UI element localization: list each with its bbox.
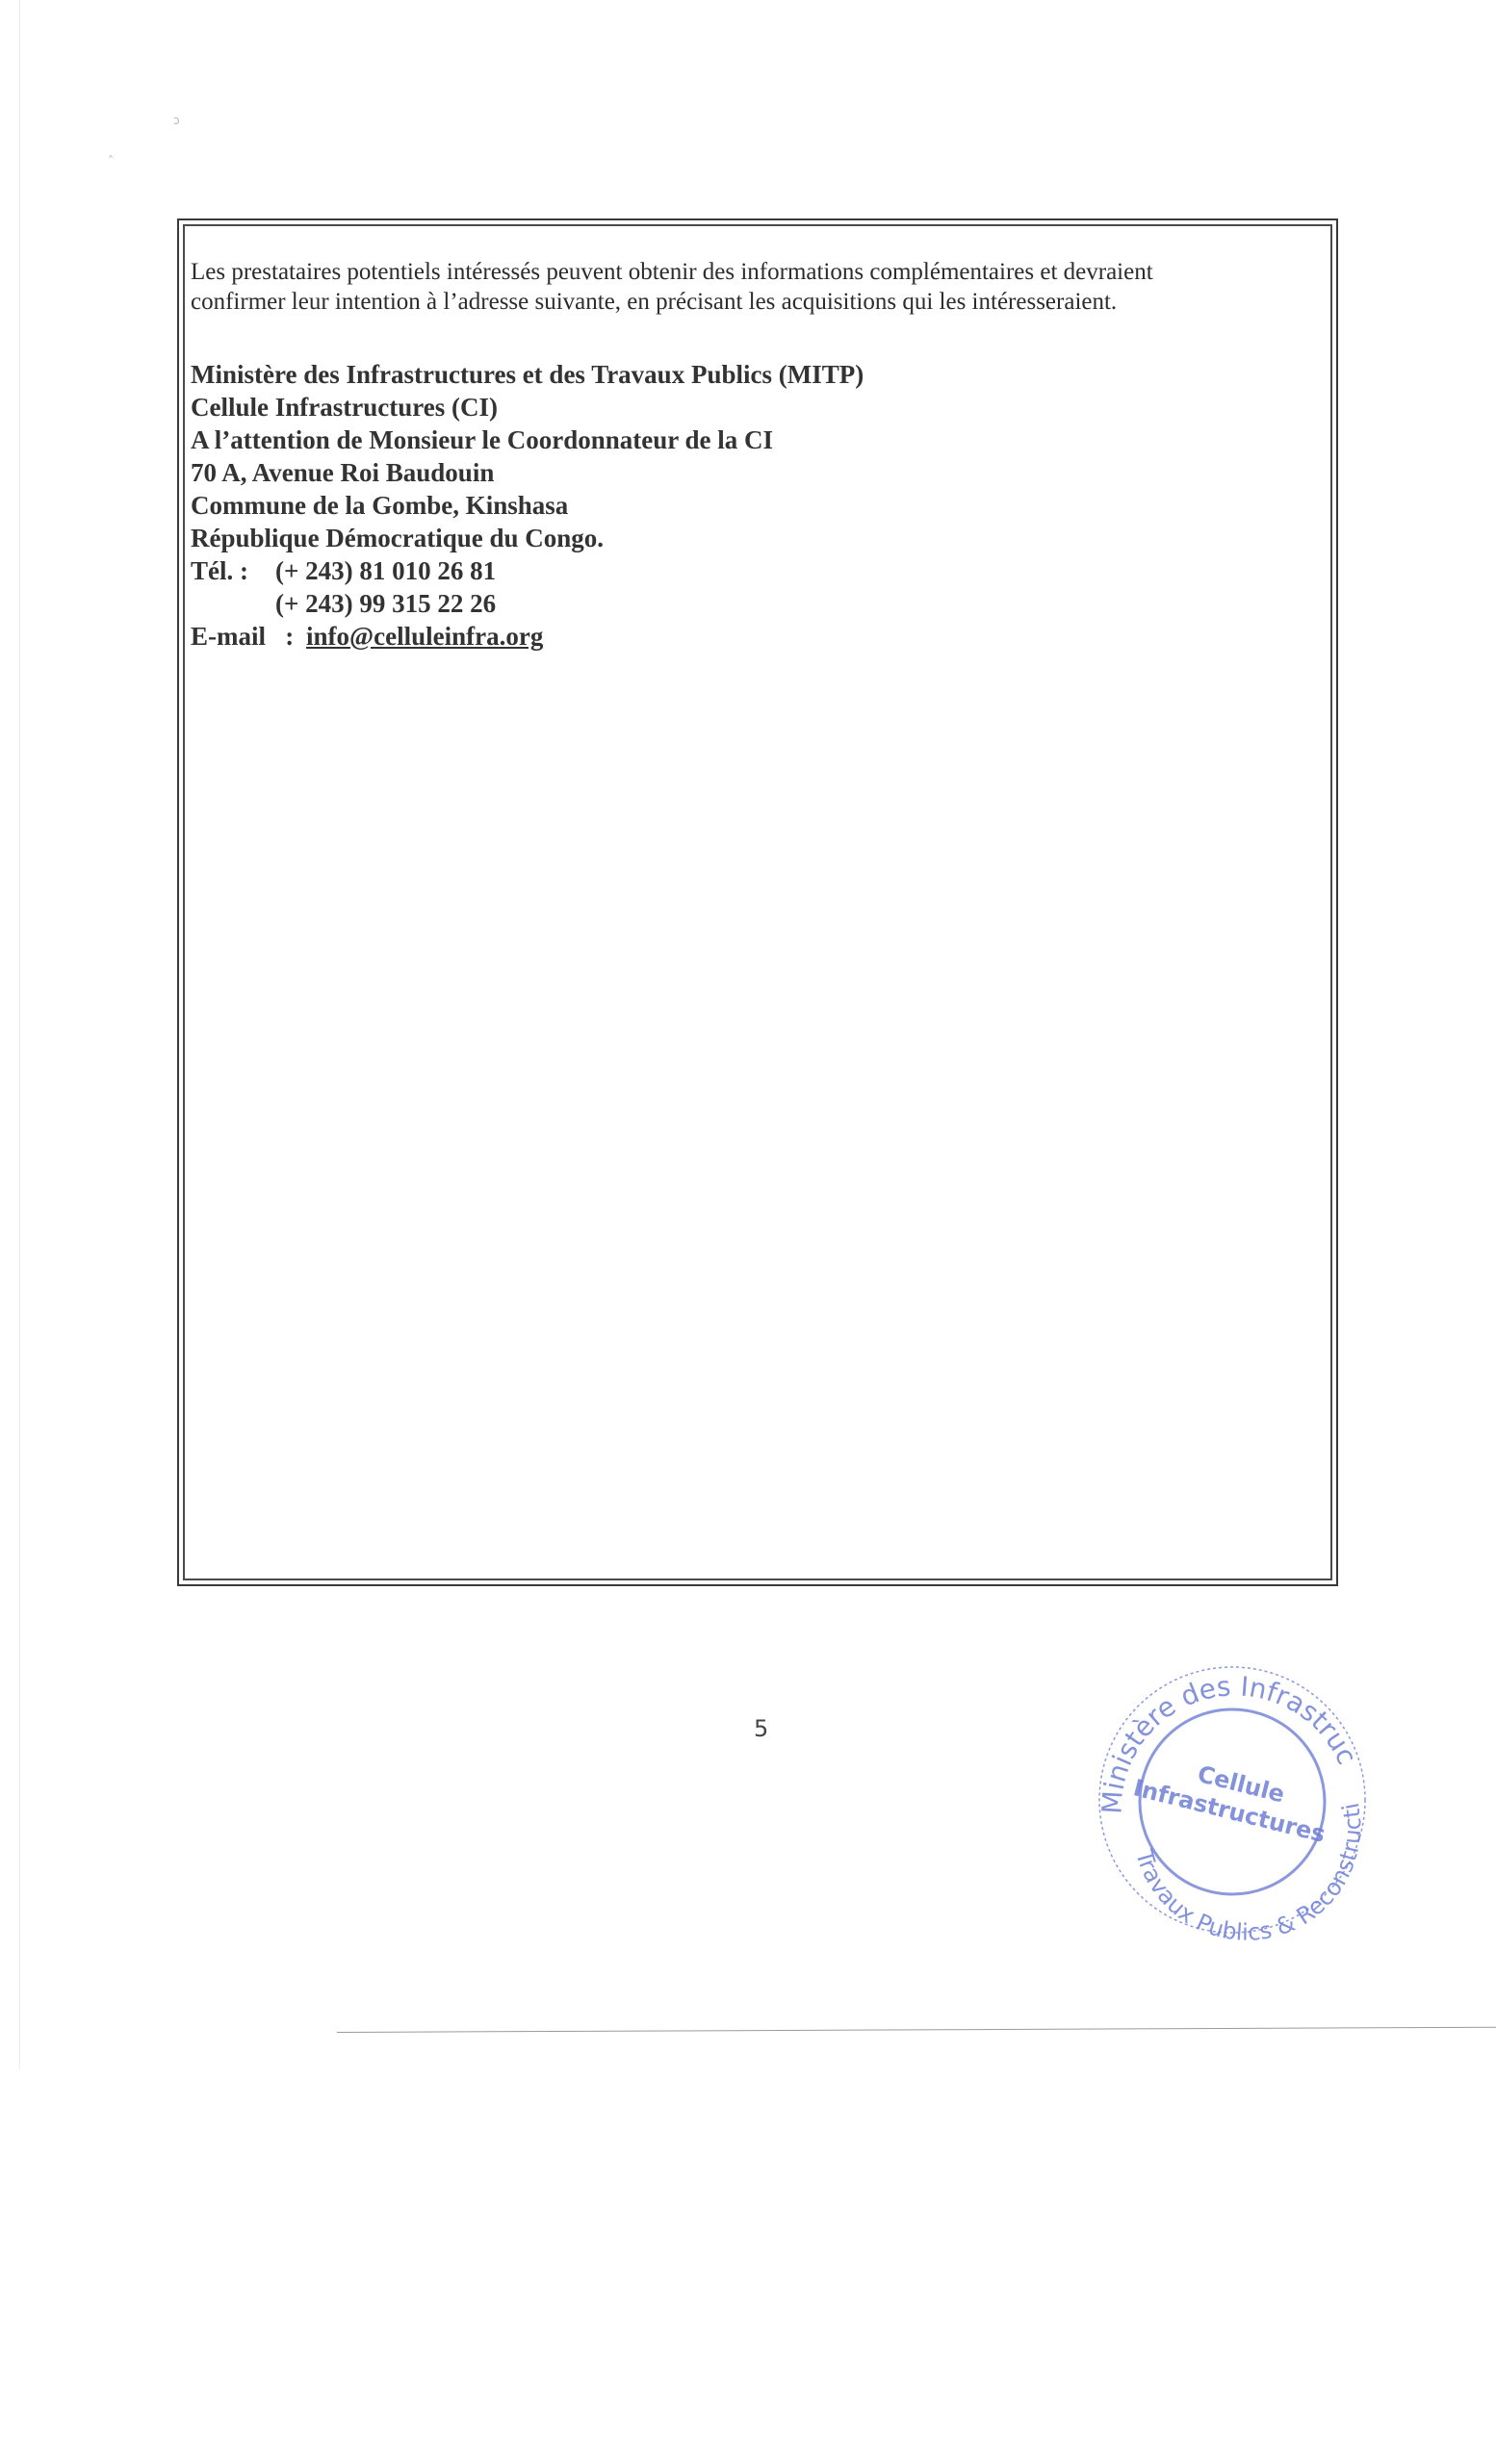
phone-number: (+ 243) 81 010 26 81 xyxy=(275,556,496,585)
email-link[interactable]: info@celluleinfra.org xyxy=(306,622,543,651)
country: République Démocratique du Congo. xyxy=(191,522,864,554)
unit-name: Cellule Infrastructures (CI) xyxy=(191,391,864,423)
ministry-name: Ministère des Infrastructures et des Tra… xyxy=(191,358,864,391)
scan-speck: ͻ xyxy=(173,114,180,127)
phone-line-1: Tél. :(+ 243) 81 010 26 81 xyxy=(191,554,864,587)
official-stamp: Ministère des Infrastructures Travaux Pu… xyxy=(1078,1646,1386,1954)
tel-label: Tél. : xyxy=(191,554,275,587)
attention-line: A l’attention de Monsieur le Coordonnate… xyxy=(191,423,864,456)
intro-line: Les prestataires potentiels intéressés p… xyxy=(191,257,1327,287)
scan-speck: ˄ xyxy=(108,154,114,167)
commune-city: Commune de la Gombe, Kinshasa xyxy=(191,489,864,522)
phone-line-2: (+ 243) 99 315 22 26 xyxy=(191,587,864,620)
phone-number: (+ 243) 99 315 22 26 xyxy=(275,589,496,618)
scan-edge-line xyxy=(19,0,20,2069)
page-number: 5 xyxy=(754,1715,768,1742)
email-label: E-mail : xyxy=(191,620,306,653)
intro-paragraph: Les prestataires potentiels intéressés p… xyxy=(191,257,1327,317)
street-address: 70 A, Avenue Roi Baudouin xyxy=(191,456,864,489)
scan-bottom-edge xyxy=(337,2027,1496,2033)
email-line: E-mail :info@celluleinfra.org xyxy=(191,620,864,653)
contact-address-block: Ministère des Infrastructures et des Tra… xyxy=(191,358,864,653)
intro-line: confirmer leur intention à l’adresse sui… xyxy=(191,287,1327,317)
